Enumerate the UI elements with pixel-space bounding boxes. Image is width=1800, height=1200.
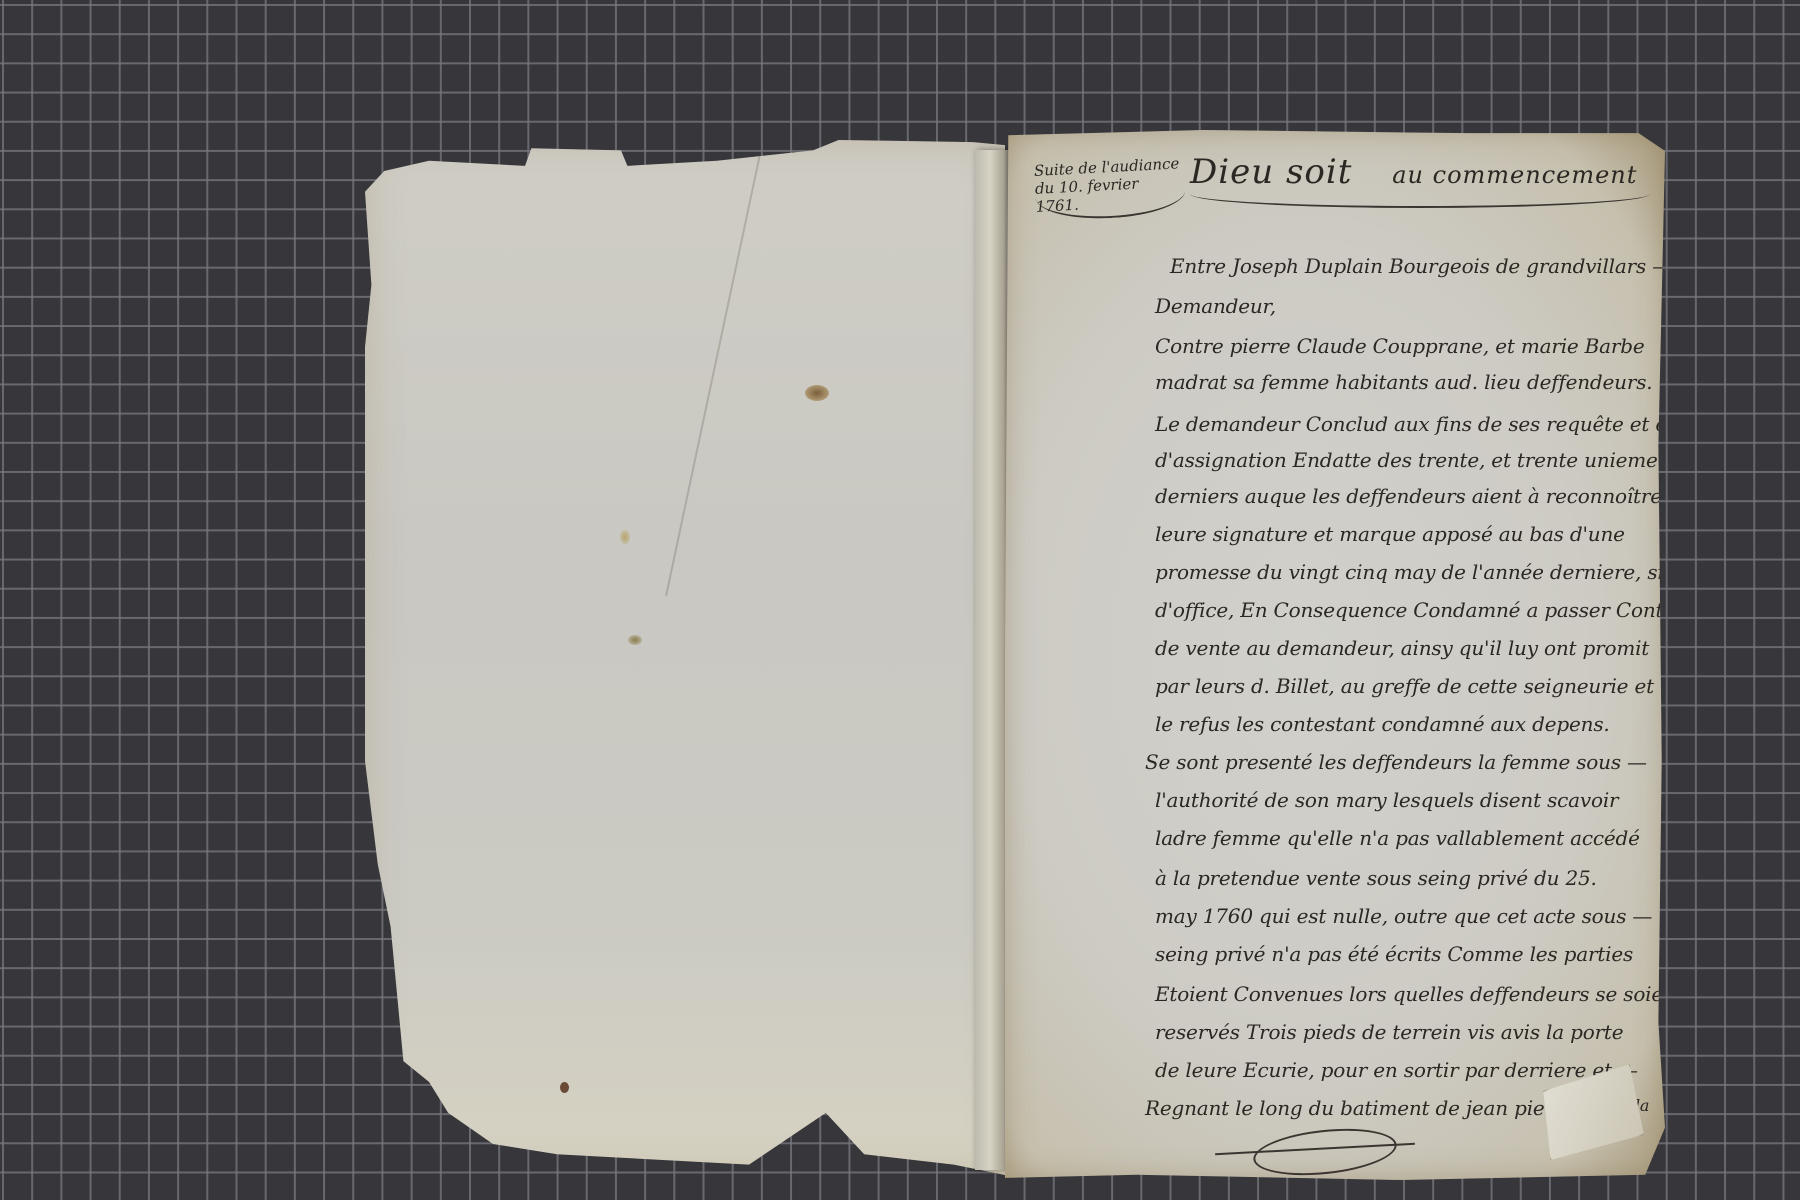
manuscript-line: Le demandeur Conclud aux fins de ses req…: [1155, 412, 1723, 436]
manuscript-line: Etoient Convenues lors quelles deffendeu…: [1155, 982, 1684, 1006]
manuscript-line: derniers auque les deffendeurs aient à r…: [1155, 484, 1688, 508]
manuscript-line: seing privé n'a pas été écrits Comme les…: [1155, 942, 1633, 966]
manuscript-line: d'assignation Endatte des trente, et tre…: [1155, 448, 1733, 472]
manuscript-line: reservés Trois pieds de terrein vis avis…: [1155, 1020, 1623, 1044]
manuscript-line: madrat sa femme habitants aud. lieu deff…: [1155, 370, 1678, 394]
margin-note-date: Suite de l'audiance du 10. fevrier 1761.: [1034, 154, 1187, 222]
heading-main: Dieu soit: [1190, 152, 1352, 192]
ink-stain: [805, 385, 829, 401]
foxing-stain: [620, 530, 630, 544]
manuscript-line: Entre Joseph Duplain Bourgeois de grandv…: [1170, 254, 1672, 278]
handwritten-text: Suite de l'audiance du 10. fevrier 1761.…: [1005, 130, 1665, 1180]
paper-crease: [665, 140, 764, 596]
manuscript-line: le refus les contestant condamné aux dep…: [1155, 712, 1610, 736]
left-page-blank-verso: [365, 140, 1005, 1175]
manuscript-line: de vente au demandeur, ainsy qu'il luy o…: [1155, 636, 1649, 660]
manuscript-line: Se sont presenté les deffendeurs la femm…: [1145, 750, 1647, 774]
manuscript-line: ladre femme qu'elle n'a pas vallablement…: [1155, 826, 1640, 850]
right-page-manuscript-recto: Suite de l'audiance du 10. fevrier 1761.…: [1005, 130, 1665, 1180]
manuscript-line: à la pretendue vente sous seing privé du…: [1155, 866, 1597, 890]
rust-spot: [560, 1082, 569, 1093]
manuscript-line: l'authorité de son mary lesquels disent …: [1155, 788, 1618, 812]
foxing-stain: [628, 635, 642, 645]
manuscript-line: Regnant le long du batiment de jean pier…: [1145, 1096, 1575, 1120]
manuscript-line: promesse du vingt cinq may de l'année de…: [1155, 560, 1701, 584]
manuscript-line: Contre pierre Claude Coupprane, et marie…: [1155, 334, 1645, 358]
manuscript-line: de leure Ecurie, pour en sortir par derr…: [1155, 1058, 1638, 1082]
manuscript-line: may 1760 qui est nulle, outre que cet ac…: [1155, 904, 1652, 928]
heading-tail: au commencement: [1392, 161, 1637, 189]
manuscript-line: par leurs d. Billet, au greffe de cette …: [1155, 674, 1707, 698]
invocation-heading: Dieu soit au commencement: [1190, 152, 1650, 208]
manuscript-line: d'office, En Consequence Condamné a pass…: [1155, 598, 1703, 622]
manuscript-line: Demandeur,: [1155, 294, 1276, 318]
manuscript-line: leure signature et marque apposé au bas …: [1155, 522, 1625, 546]
